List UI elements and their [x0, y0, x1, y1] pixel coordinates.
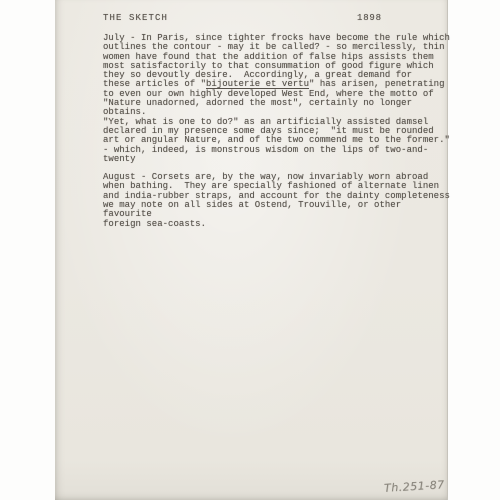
catalog-annotation: Th.251-87 [384, 480, 445, 493]
page-content: THE SKETCH 1898 July - In Paris, since t… [55, 0, 447, 500]
scan-background: THE SKETCH 1898 July - In Paris, since t… [0, 0, 500, 500]
page-header: THE SKETCH 1898 [103, 14, 447, 24]
paragraph-august: August - Corsets are, by the way, now in… [103, 173, 451, 229]
paragraph-july: July - In Paris, since tighter frocks ha… [103, 34, 451, 164]
scanned-page: THE SKETCH 1898 July - In Paris, since t… [55, 0, 448, 500]
paragraph-july-text-end: " has arisen, penetrating to even our ow… [103, 79, 450, 163]
year-label: 1898 [357, 14, 382, 23]
publication-title: THE SKETCH [103, 13, 168, 23]
